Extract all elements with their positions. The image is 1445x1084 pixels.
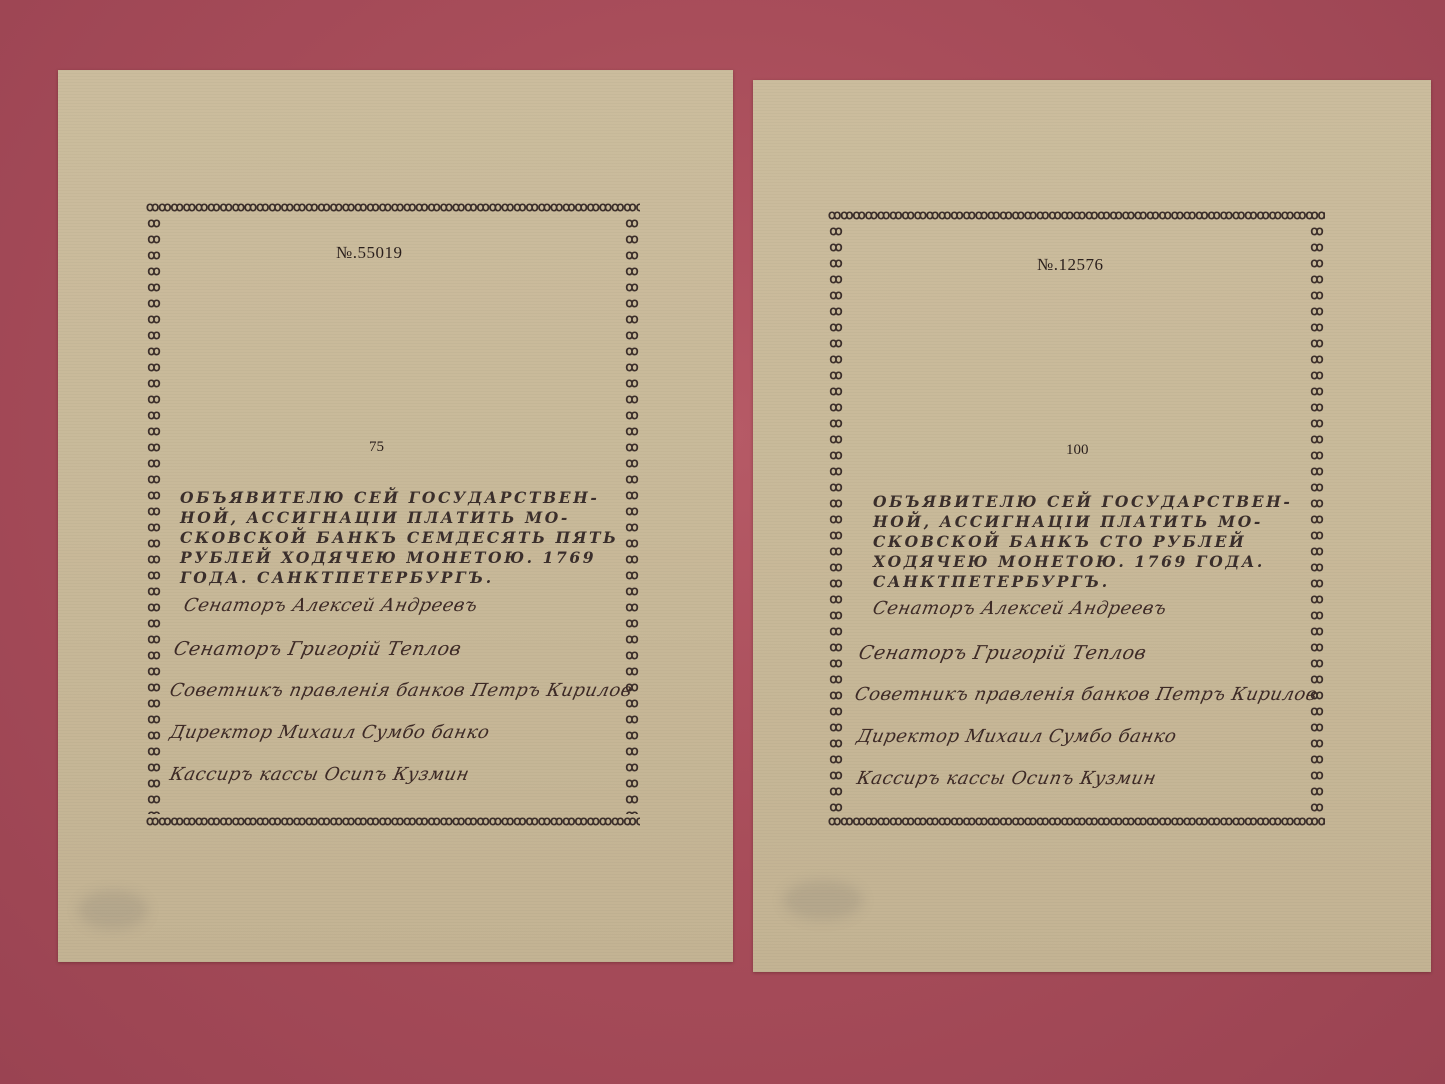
text-line: ходячею монетою. 1769 года. — [873, 552, 1303, 572]
promissory-text: Объявителю сей государствен- ной, ассигн… — [180, 488, 610, 588]
serial-number: №.12576 — [1037, 255, 1103, 275]
signature-senator-2: Сенаторъ Григорiй Теплов — [857, 642, 1149, 664]
text-line: Санктпетербургъ. — [873, 572, 1303, 592]
signature-cashier: Кассиръ кассы Осипъ Кузмин — [855, 768, 1158, 789]
border-top: ꝏꝏꝏꝏꝏꝏꝏꝏꝏꝏꝏꝏꝏꝏꝏꝏꝏꝏꝏꝏꝏꝏꝏꝏꝏꝏꝏꝏꝏꝏꝏꝏꝏꝏꝏꝏꝏꝏꝏꝏ… — [146, 200, 640, 216]
border-bottom: ꝏꝏꝏꝏꝏꝏꝏꝏꝏꝏꝏꝏꝏꝏꝏꝏꝏꝏꝏꝏꝏꝏꝏꝏꝏꝏꝏꝏꝏꝏꝏꝏꝏꝏꝏꝏꝏꝏꝏꝏ… — [828, 814, 1325, 830]
signature-senator-1: Сенаторъ Алексей Андреевъ — [871, 598, 1169, 619]
border-right: ꝏꝏꝏꝏꝏꝏꝏꝏꝏꝏꝏꝏꝏꝏꝏꝏꝏꝏꝏꝏꝏꝏꝏꝏꝏꝏꝏꝏꝏꝏꝏꝏꝏꝏꝏꝏꝏꝏꝏꝏ… — [1309, 224, 1325, 814]
signature-director: Директор Михаил Сумбо банко — [168, 722, 492, 743]
banknote-100-rubles: ꝏꝏꝏꝏꝏꝏꝏꝏꝏꝏꝏꝏꝏꝏꝏꝏꝏꝏꝏꝏꝏꝏꝏꝏꝏꝏꝏꝏꝏꝏꝏꝏꝏꝏꝏꝏꝏꝏꝏꝏ… — [753, 80, 1431, 972]
text-line: Объявителю сей государствен- — [873, 492, 1303, 512]
text-line: ной, ассигнацiи платить Мо- — [180, 508, 610, 528]
text-line: сковской банкъ сто рублей — [873, 532, 1303, 552]
banknote-75-rubles: ꝏꝏꝏꝏꝏꝏꝏꝏꝏꝏꝏꝏꝏꝏꝏꝏꝏꝏꝏꝏꝏꝏꝏꝏꝏꝏꝏꝏꝏꝏꝏꝏꝏꝏꝏꝏꝏꝏꝏꝏ… — [58, 70, 733, 962]
border-bottom: ꝏꝏꝏꝏꝏꝏꝏꝏꝏꝏꝏꝏꝏꝏꝏꝏꝏꝏꝏꝏꝏꝏꝏꝏꝏꝏꝏꝏꝏꝏꝏꝏꝏꝏꝏꝏꝏꝏꝏꝏ… — [146, 814, 640, 830]
text-line: рублей ходячею монетою. 1769 — [180, 548, 610, 568]
serial-number: №.55019 — [336, 243, 402, 263]
signature-cashier: Кассиръ кассы Осипъ Кузмин — [168, 764, 471, 785]
signature-councillor: Советникъ правленiя банков Петръ Кирилов — [168, 680, 634, 701]
paper-stain — [78, 890, 148, 930]
paper-stain — [783, 880, 863, 920]
text-line: года. Санктпетербургъ. — [180, 568, 610, 588]
denomination: 75 — [369, 439, 384, 456]
border-left: ꝏꝏꝏꝏꝏꝏꝏꝏꝏꝏꝏꝏꝏꝏꝏꝏꝏꝏꝏꝏꝏꝏꝏꝏꝏꝏꝏꝏꝏꝏꝏꝏꝏꝏꝏꝏꝏꝏꝏꝏ… — [828, 224, 844, 814]
promissory-text: Объявителю сей государствен- ной, ассигн… — [873, 492, 1303, 592]
border-left: ꝏꝏꝏꝏꝏꝏꝏꝏꝏꝏꝏꝏꝏꝏꝏꝏꝏꝏꝏꝏꝏꝏꝏꝏꝏꝏꝏꝏꝏꝏꝏꝏꝏꝏꝏꝏꝏꝏꝏꝏ… — [146, 216, 162, 814]
signature-councillor: Советникъ правленiя банков Петръ Кирилов — [853, 684, 1319, 705]
border-top: ꝏꝏꝏꝏꝏꝏꝏꝏꝏꝏꝏꝏꝏꝏꝏꝏꝏꝏꝏꝏꝏꝏꝏꝏꝏꝏꝏꝏꝏꝏꝏꝏꝏꝏꝏꝏꝏꝏꝏꝏ… — [828, 208, 1325, 224]
signature-senator-1: Сенаторъ Алексей Андреевъ — [182, 595, 480, 616]
denomination: 100 — [1066, 442, 1089, 459]
text-line: сковской банкъ семдесять пять — [180, 528, 610, 548]
text-line: ной, ассигнацiи платить Мо- — [873, 512, 1303, 532]
signature-senator-2: Сенаторъ Григорiй Теплов — [172, 638, 464, 660]
signature-director: Директор Михаил Сумбо банко — [855, 726, 1179, 747]
border-right: ꝏꝏꝏꝏꝏꝏꝏꝏꝏꝏꝏꝏꝏꝏꝏꝏꝏꝏꝏꝏꝏꝏꝏꝏꝏꝏꝏꝏꝏꝏꝏꝏꝏꝏꝏꝏꝏꝏꝏꝏ… — [624, 216, 640, 814]
text-line: Объявителю сей государствен- — [180, 488, 610, 508]
